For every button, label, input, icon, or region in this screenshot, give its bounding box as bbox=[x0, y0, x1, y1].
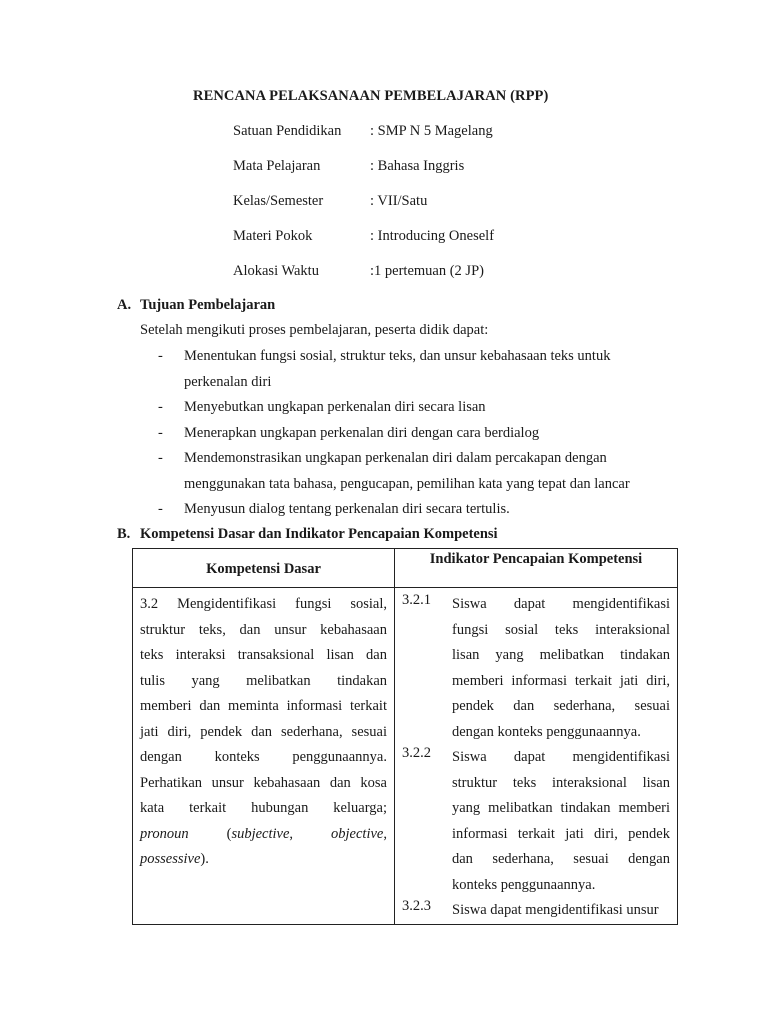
section-letter: B. bbox=[117, 526, 130, 543]
kd-line: memberi dan meminta informasi terkait bbox=[140, 694, 387, 720]
bullet-dash: - bbox=[158, 348, 163, 365]
indicator-line: lisan yang melibatkan tindakan bbox=[452, 643, 670, 669]
indicator-number: 3.2.1 bbox=[402, 592, 452, 745]
punct: , bbox=[383, 826, 387, 842]
indicator-line: dan sederhana, sesuai dengan bbox=[452, 847, 670, 873]
list-item-continuation: perkenalan diri bbox=[184, 374, 271, 391]
list-item-continuation: menggunakan tata bahasa, pengucapan, pem… bbox=[184, 476, 630, 493]
indicator-line: struktur teks interaksional lisan bbox=[452, 771, 670, 797]
identity-value: : Introducing Oneself bbox=[370, 228, 494, 245]
identity-label: Materi Pokok bbox=[233, 228, 312, 245]
kd-line: jati diri, pendek dan sederhana, sesuai bbox=[140, 720, 387, 746]
kd-term: objective bbox=[331, 826, 383, 842]
section-letter: A. bbox=[117, 297, 131, 314]
list-item: Menerapkan ungkapan perkenalan diri deng… bbox=[184, 425, 539, 442]
indicator-line: pendek dan sederhana, sesuai bbox=[452, 694, 670, 720]
identity-label: Kelas/Semester bbox=[233, 193, 323, 210]
kd-line: teks interaksi transaksional lisan dan bbox=[140, 643, 387, 669]
column-header-kompetensi-dasar: Kompetensi Dasar bbox=[133, 549, 395, 588]
indikator-cell: 3.2.1 Siswa dapat mengidentifikasi fungs… bbox=[395, 588, 678, 925]
kd-term-group: (subjective, bbox=[227, 822, 293, 848]
table-row: 3.2 Mengidentifikasi fungsi sosial, stru… bbox=[133, 588, 678, 925]
indicator-text: Siswa dapat mengidentifikasi unsur bbox=[452, 898, 670, 924]
section-b-heading: B. Kompetensi Dasar dan Indikator Pencap… bbox=[117, 526, 677, 546]
list-item: Mendemonstrasikan ungkapan perkenalan di… bbox=[184, 450, 607, 467]
indicator-text: Siswa dapat mengidentifikasi struktur te… bbox=[452, 745, 670, 898]
kd-line: dengan konteks penggunaannya. bbox=[140, 745, 387, 771]
kd-term: pronoun bbox=[140, 822, 189, 848]
document-title: RENCANA PELAKSANAAN PEMBELAJARAN (RPP) bbox=[193, 88, 548, 105]
competency-table: Kompetensi Dasar Indikator Pencapaian Ko… bbox=[132, 548, 678, 925]
section-title: Tujuan Pembelajaran bbox=[140, 297, 275, 314]
kd-term-group: objective, bbox=[331, 822, 387, 848]
indicator-text: Siswa dapat mengidentifikasi fungsi sosi… bbox=[452, 592, 670, 745]
indicator-line: konteks penggunaannya. bbox=[452, 873, 670, 899]
identity-value: : Bahasa Inggris bbox=[370, 158, 464, 175]
list-item: Menentukan fungsi sosial, struktur teks,… bbox=[184, 348, 610, 365]
indicator-line: Siswa dapat mengidentifikasi unsur bbox=[452, 898, 670, 924]
indicator-line: yang melibatkan tindakan memberi bbox=[452, 796, 670, 822]
identity-label: Mata Pelajaran bbox=[233, 158, 320, 175]
indicator-line: Siswa dapat mengidentifikasi bbox=[452, 745, 670, 771]
indicator-item: 3.2.3 Siswa dapat mengidentifikasi unsur bbox=[402, 898, 670, 924]
identity-value: : VII/Satu bbox=[370, 193, 427, 210]
indicator-line: Siswa dapat mengidentifikasi bbox=[452, 592, 670, 618]
bullet-dash: - bbox=[158, 425, 163, 442]
indicator-line: informasi terkait jati diri, pendek bbox=[452, 822, 670, 848]
bullet-dash: - bbox=[158, 501, 163, 518]
section-a-heading: A. Tujuan Pembelajaran bbox=[117, 297, 617, 317]
indicator-line: fungsi sosial teks interaksional bbox=[452, 618, 670, 644]
bullet-dash: - bbox=[158, 450, 163, 467]
kd-line: Perhatikan unsur kebahasaan dan kosa bbox=[140, 771, 387, 797]
section-a-intro: Setelah mengikuti proses pembelajaran, p… bbox=[140, 322, 488, 339]
punct: , bbox=[289, 826, 293, 842]
table-header-row: Kompetensi Dasar Indikator Pencapaian Ko… bbox=[133, 549, 678, 588]
list-item: Menyusun dialog tentang perkenalan diri … bbox=[184, 501, 510, 518]
kd-line: kata terkait hubungan keluarga; bbox=[140, 796, 387, 822]
indicator-line: dengan konteks penggunaannya. bbox=[452, 720, 670, 746]
punct: ). bbox=[200, 851, 208, 867]
kd-line-pronoun: pronoun (subjective, objective, bbox=[140, 822, 387, 848]
indicator-number: 3.2.3 bbox=[402, 898, 452, 924]
kompetensi-dasar-cell: 3.2 Mengidentifikasi fungsi sosial, stru… bbox=[133, 588, 395, 925]
column-header-indikator: Indikator Pencapaian Kompetensi bbox=[395, 549, 678, 588]
kd-term: possessive bbox=[140, 851, 200, 867]
indicator-line: memberi informasi terkait jati diri, bbox=[452, 669, 670, 695]
kd-line-possessive: possessive). bbox=[140, 847, 387, 873]
kd-line: tulis yang melibatkan tindakan bbox=[140, 669, 387, 695]
indicator-number: 3.2.2 bbox=[402, 745, 452, 898]
list-item: Menyebutkan ungkapan perkenalan diri sec… bbox=[184, 399, 486, 416]
bullet-dash: - bbox=[158, 399, 163, 416]
kd-term: subjective bbox=[231, 826, 289, 842]
identity-value: :1 pertemuan (2 JP) bbox=[370, 263, 484, 280]
indicator-item: 3.2.2 Siswa dapat mengidentifikasi struk… bbox=[402, 745, 670, 898]
section-title: Kompetensi Dasar dan Indikator Pencapaia… bbox=[140, 526, 498, 543]
identity-label: Alokasi Waktu bbox=[233, 263, 319, 280]
kd-line: struktur teks, dan unsur kebahasaan bbox=[140, 618, 387, 644]
indicator-item: 3.2.1 Siswa dapat mengidentifikasi fungs… bbox=[402, 592, 670, 745]
identity-value: : SMP N 5 Magelang bbox=[370, 123, 493, 140]
kd-line: 3.2 Mengidentifikasi fungsi sosial, bbox=[140, 592, 387, 618]
identity-label: Satuan Pendidikan bbox=[233, 123, 341, 140]
